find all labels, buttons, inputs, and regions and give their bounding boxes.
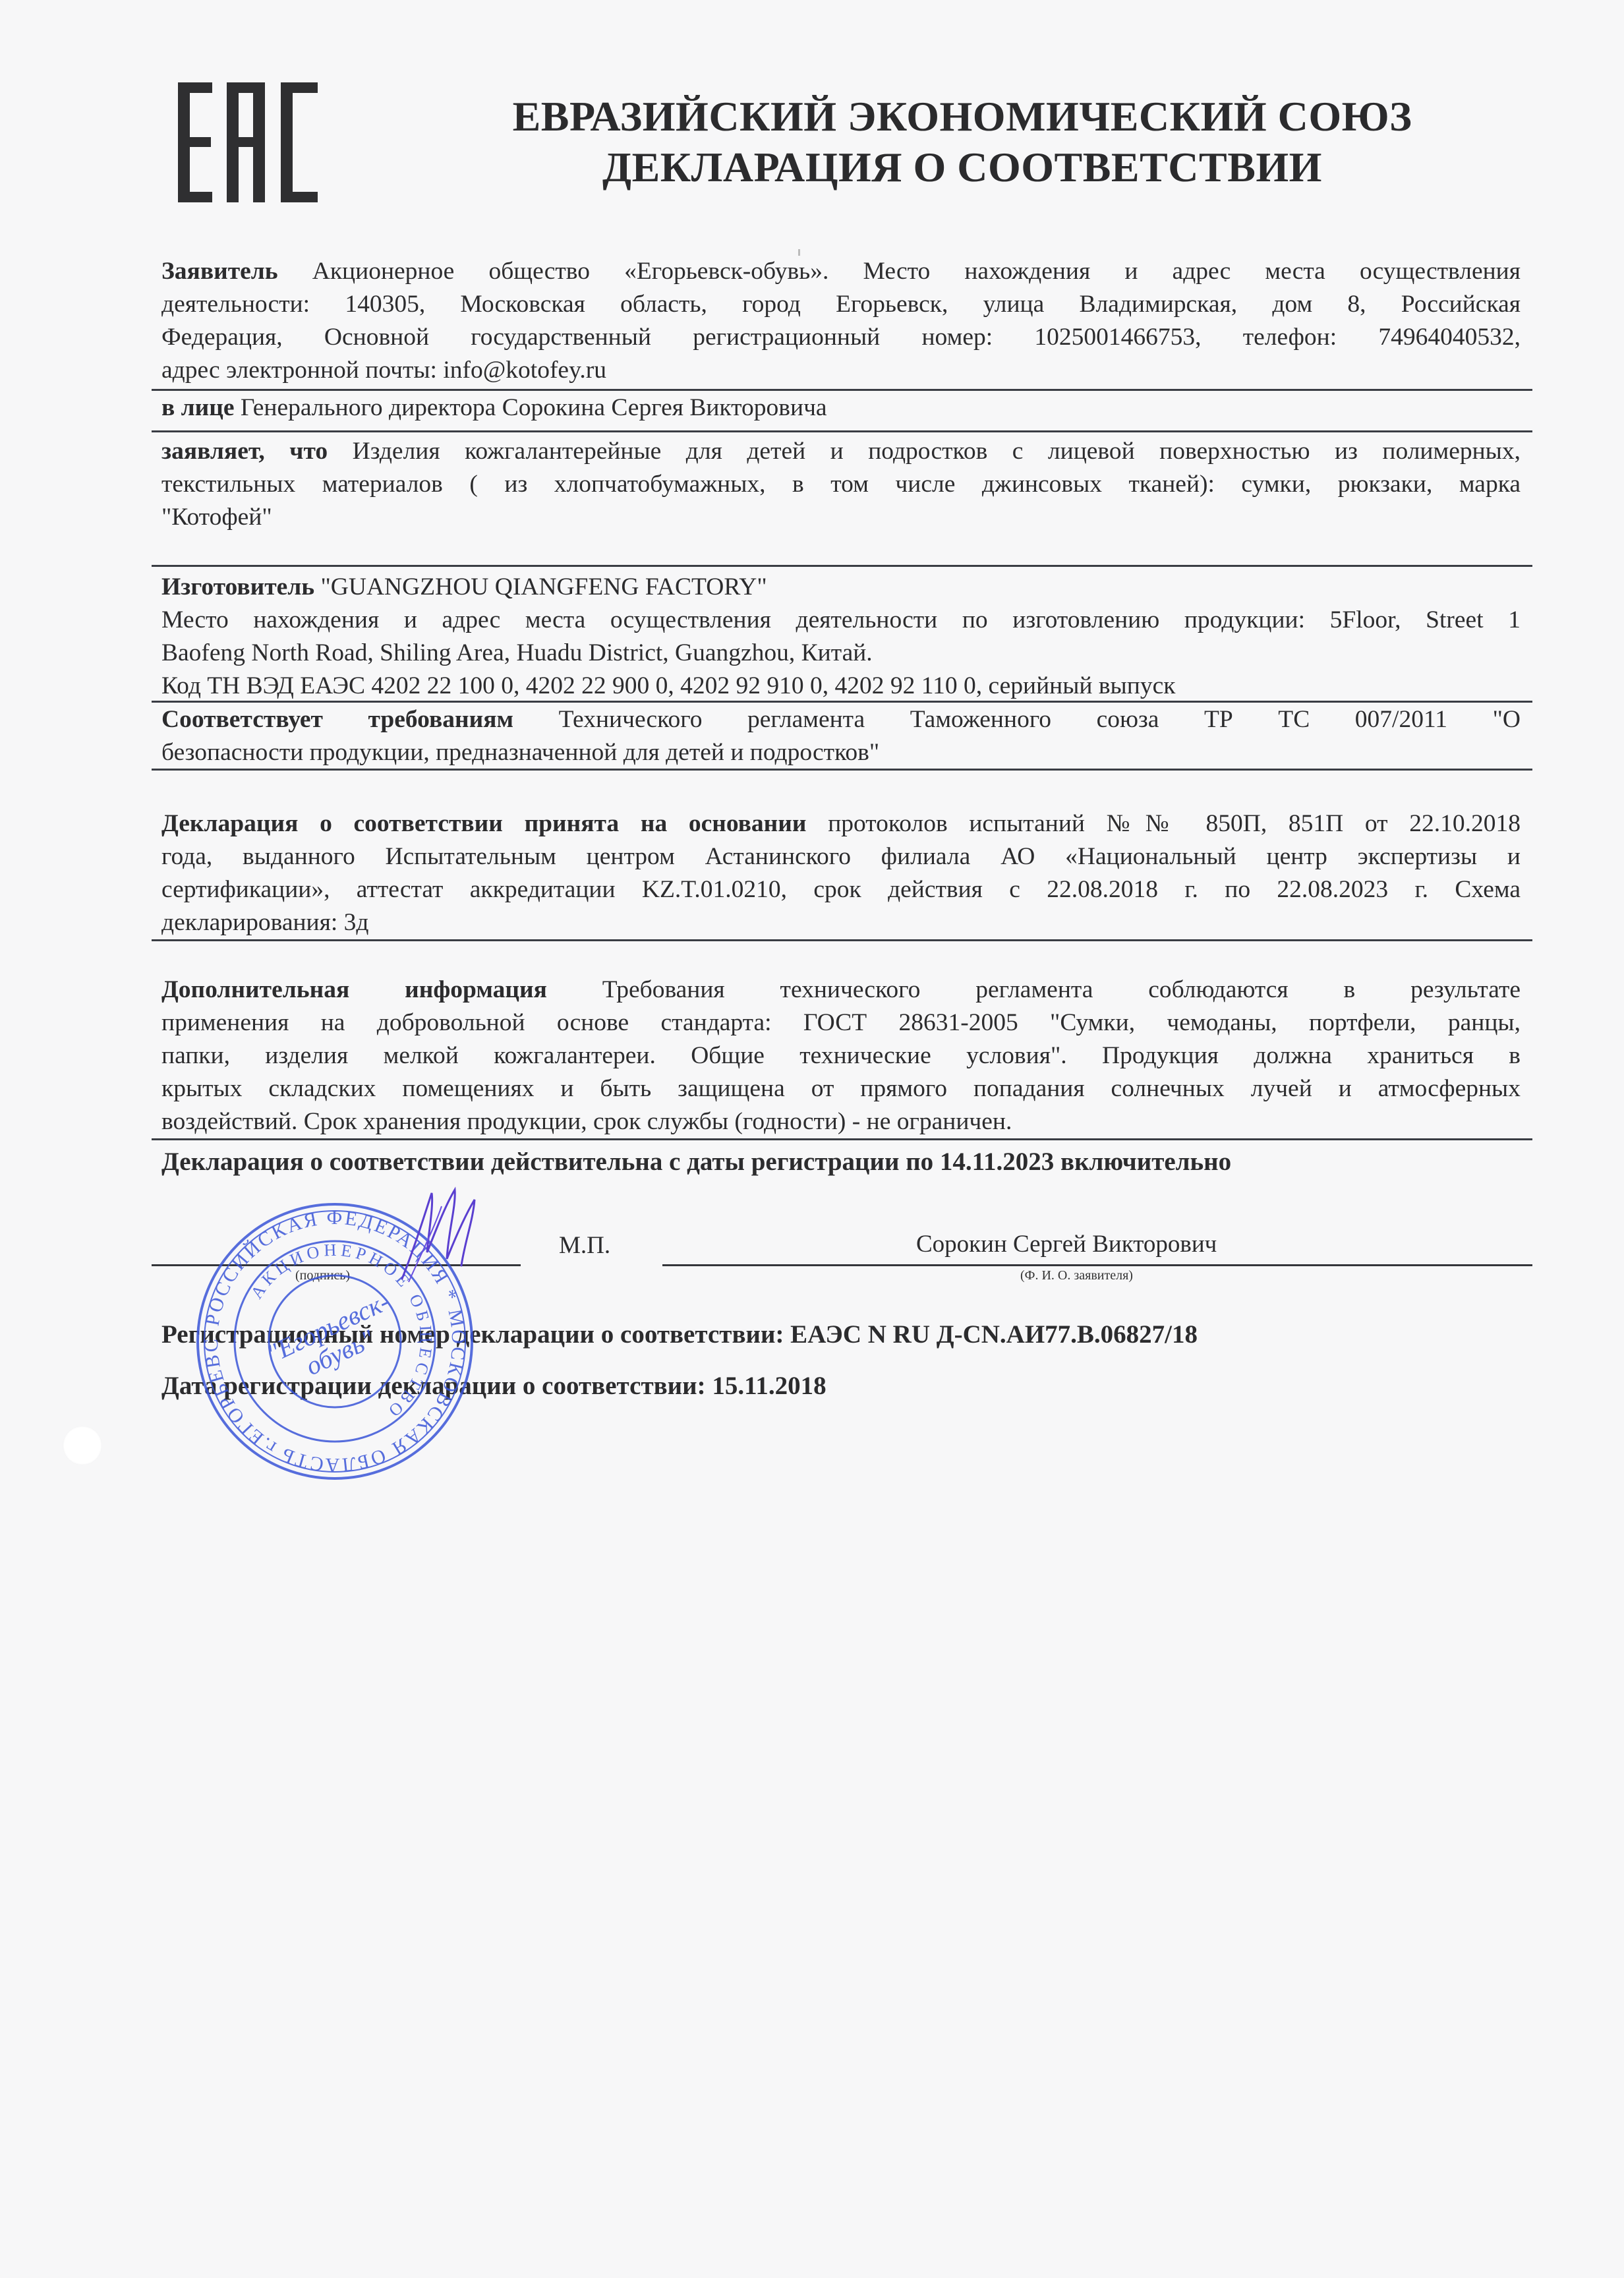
- signer-caption: (Ф. И. О. заявителя): [1020, 1268, 1133, 1283]
- header-title-declaration: ДЕКЛАРАЦИЯ О СООТВЕТСТВИИ: [422, 146, 1503, 189]
- handwritten-signature-icon: [395, 1186, 488, 1285]
- applicant-line: Акционерное общество «Егорьевск-обувь». …: [278, 258, 1521, 285]
- compliance-line: безопасности продукции, предназначенной …: [161, 736, 1521, 769]
- declares-line: Изделия кожгалантерейные для детей и под…: [328, 438, 1521, 465]
- basis-section: Декларация о соответствии принята на осн…: [161, 807, 1521, 939]
- additional-info-line: крытых складских помещениях и быть защищ…: [161, 1072, 1521, 1105]
- divider: [152, 769, 1532, 771]
- applicant-email-line: адрес электронной почты: info@kotofey.ru: [161, 354, 1521, 387]
- manufacturer-name: "GUANGZHOU QIANGFENG FACTORY": [314, 573, 767, 600]
- represented-by-label: в лице: [161, 394, 235, 421]
- divider: [152, 565, 1532, 567]
- applicant-line: деятельности: 140305, Московская область…: [161, 288, 1521, 321]
- divider: [152, 701, 1532, 703]
- manufacturer-address-line: Место нахождения и адрес места осуществл…: [161, 604, 1521, 637]
- represented-by-text: Генерального директора Сорокина Сергея В…: [235, 394, 827, 421]
- compliance-line: Технического регламента Таможенного союз…: [513, 706, 1521, 733]
- seal-label: М.П.: [559, 1231, 610, 1260]
- signer-name: Сорокин Сергей Викторович: [916, 1230, 1217, 1258]
- punch-hole: [63, 1426, 102, 1465]
- declaration-page: ЕВРАЗИЙСКИЙ ЭКОНОМИЧЕСКИЙ СОЮЗ ДЕКЛАРАЦИ…: [0, 0, 1624, 2278]
- manufacturer-section: Изготовитель "GUANGZHOU QIANGFENG FACTOR…: [161, 571, 1521, 703]
- manufacturer-label: Изготовитель: [161, 573, 314, 600]
- divider: [152, 430, 1532, 432]
- applicant-line: Федерация, Основной государственный реги…: [161, 321, 1521, 354]
- compliance-section: Соответствует требованиям Технического р…: [161, 703, 1521, 769]
- basis-label: Декларация о соответствии принята на осн…: [161, 810, 807, 837]
- applicant-label: Заявитель: [161, 258, 278, 285]
- declares-section: заявляет, что Изделия кожгалантерейные д…: [161, 435, 1521, 534]
- declares-brand-line: "Котофей": [161, 501, 1521, 534]
- additional-info-section: Дополнительная информация Требования тех…: [161, 974, 1521, 1138]
- additional-info-line: Требования технического регламента соблю…: [547, 976, 1521, 1003]
- declares-label: заявляет, что: [161, 438, 328, 465]
- validity-statement: Декларация о соответствии действительна …: [161, 1149, 1231, 1175]
- divider: [152, 1138, 1532, 1140]
- divider: [152, 939, 1532, 941]
- compliance-label: Соответствует требованиям: [161, 706, 513, 733]
- manufacturer-address-line: Baofeng North Road, Shiling Area, Huadu …: [161, 637, 1521, 670]
- signer-name-line: [662, 1264, 1532, 1266]
- declares-line: текстильных материалов ( из хлопчатобума…: [161, 468, 1521, 501]
- basis-line: протоколов испытаний №№ 850П, 851П от 22…: [807, 810, 1521, 837]
- eac-logo-icon: [178, 82, 320, 202]
- hs-codes-line: Код ТН ВЭД ЕАЭС 4202 22 100 0, 4202 22 9…: [161, 670, 1521, 703]
- additional-info-line: воздействий. Срок хранения продукции, ср…: [161, 1105, 1521, 1138]
- header-title-union: ЕВРАЗИЙСКИЙ ЭКОНОМИЧЕСКИЙ СОЮЗ: [422, 96, 1503, 138]
- basis-line: сертификации», аттестат аккредитации KZ.…: [161, 873, 1521, 906]
- basis-line: декларирования: 3д: [161, 906, 1521, 939]
- additional-info-label: Дополнительная информация: [161, 976, 547, 1003]
- divider: [152, 389, 1532, 391]
- represented-by-section: в лице Генерального директора Сорокина С…: [161, 392, 1521, 424]
- additional-info-line: папки, изделия мелкой кожгалантереи. Общ…: [161, 1039, 1521, 1072]
- additional-info-line: применения на добровольной основе станда…: [161, 1007, 1521, 1039]
- applicant-section: Заявитель Акционерное общество «Егорьевс…: [161, 255, 1521, 387]
- basis-line: года, выданного Испытательным центром Ас…: [161, 840, 1521, 873]
